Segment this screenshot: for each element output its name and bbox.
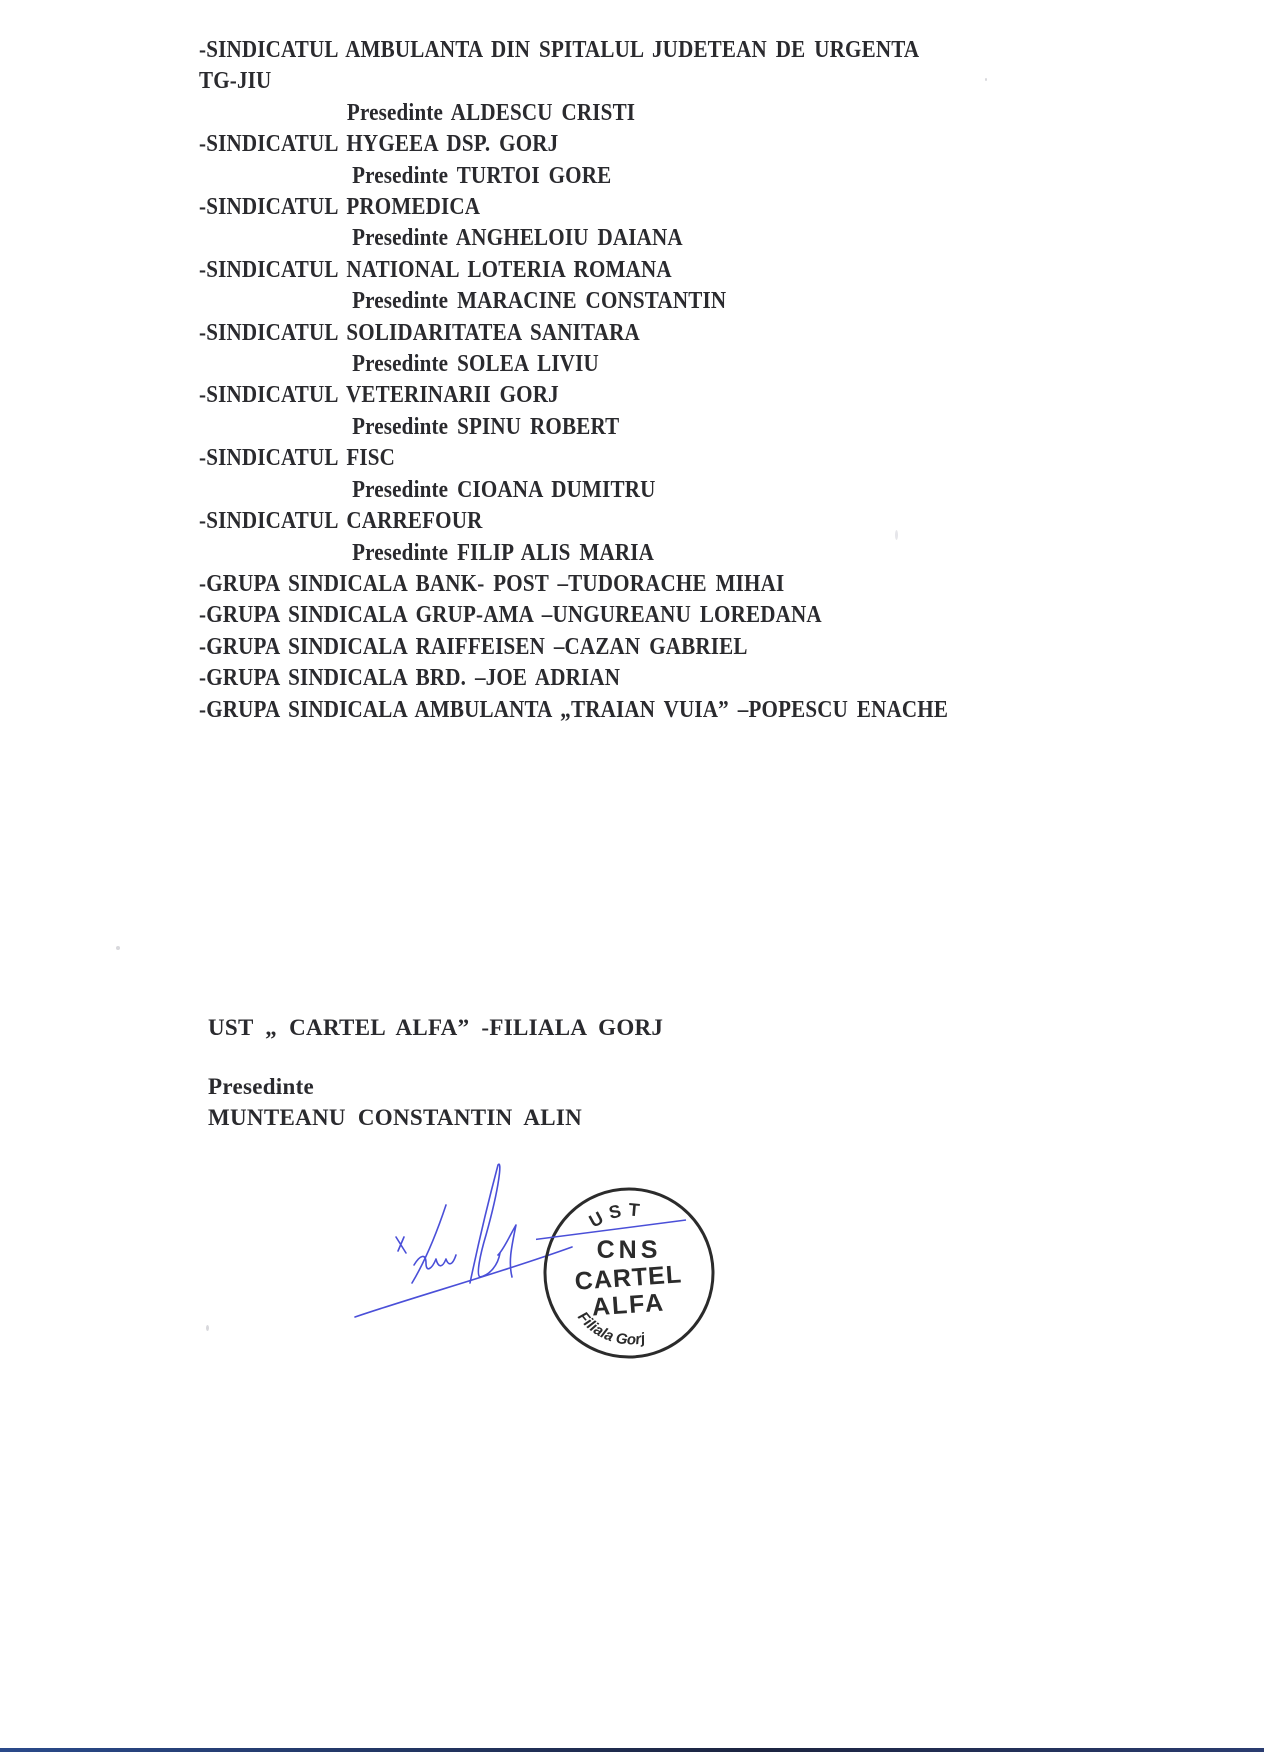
union-entry: -SINDICATUL AMBULANTA DIN SPITALUL JUDET…: [199, 34, 1059, 65]
signatory-role: Presedinte: [208, 1071, 663, 1102]
union-entry: -SINDICATUL NATIONAL LOTERIA ROMANA: [199, 254, 1059, 285]
president-line: Presedinte MARACINE CONSTANTIN: [199, 285, 1059, 316]
organization-name: UST „ CARTEL ALFA” -FILIALA GORJ: [208, 1012, 663, 1043]
stamp-line-3: ALFA: [591, 1288, 666, 1321]
union-entry: -SINDICATUL VETERINARII GORJ: [199, 379, 1059, 410]
president-line: Presedinte FILIP ALIS MARIA: [199, 537, 1059, 568]
scan-bottom-edge: [0, 1748, 1264, 1752]
president-line: Presedinte ANGHELOIU DAIANA: [199, 222, 1059, 253]
president-line: Presedinte TURTOI GORE: [199, 160, 1059, 191]
signatory-name: MUNTEANU CONSTANTIN ALIN: [208, 1102, 663, 1133]
document-page: -SINDICATUL AMBULANTA DIN SPITALUL JUDET…: [0, 0, 1264, 1752]
president-line: Presedinte ALDESCU CRISTI: [199, 97, 1059, 128]
official-stamp: UST CNS CARTEL ALFA Filiala Gorj: [536, 1180, 722, 1366]
union-entry: -SINDICATUL CARREFOUR: [199, 505, 1059, 536]
scan-speck: [985, 78, 987, 81]
union-entry: -SINDICATUL PROMEDICA: [199, 191, 1059, 222]
stamp-line-1: CNS: [597, 1236, 662, 1264]
union-entry: -SINDICATUL HYGEEA DSP. GORJ: [199, 128, 1059, 159]
group-entry: -GRUPA SINDICALA GRUP-AMA –UNGUREANU LOR…: [199, 599, 1059, 630]
scan-speck: [116, 946, 120, 950]
group-entry: -GRUPA SINDICALA RAIFFEISEN –CAZAN GABRI…: [199, 631, 1059, 662]
signature-block: UST „ CARTEL ALFA” -FILIALA GORJ Presedi…: [208, 1012, 663, 1133]
union-entry: -SINDICATUL SOLIDARITATEA SANITARA: [199, 317, 1059, 348]
president-line: Presedinte SPINU ROBERT: [199, 411, 1059, 442]
group-entry: -GRUPA SINDICALA BANK- POST –TUDORACHE M…: [199, 568, 1059, 599]
president-line: Presedinte SOLEA LIVIU: [199, 348, 1059, 379]
group-entry: -GRUPA SINDICALA BRD. –JOE ADRIAN: [199, 662, 1059, 693]
president-line: Presedinte CIOANA DUMITRU: [199, 474, 1059, 505]
union-list: -SINDICATUL AMBULANTA DIN SPITALUL JUDET…: [199, 34, 1059, 725]
union-entry: -SINDICATUL FISC: [199, 442, 1059, 473]
scan-speck: [206, 1325, 209, 1331]
group-entry: -GRUPA SINDICALA AMBULANTA „TRAIAN VUIA”…: [199, 694, 1059, 725]
union-entry-continuation: TG-JIU: [199, 65, 1059, 96]
scan-speck: [895, 530, 898, 540]
